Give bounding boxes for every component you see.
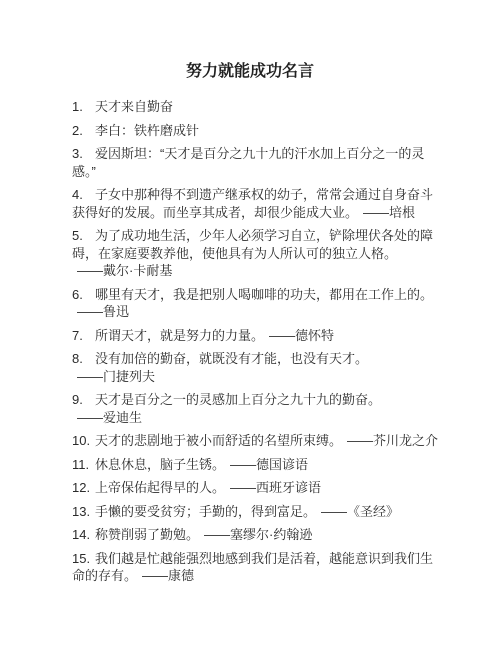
item-number: 12. <box>72 479 95 497</box>
quote-text: 哪里有天才，我是把别人喝咖啡的功夫，都用在工作上的。 <box>95 287 433 302</box>
quote-list: 1.天才来自勤奋 2.李白：铁杵磨成针 3.爱因斯坦：“天才是百分之九十九的汗水… <box>72 98 440 585</box>
quote-text: 天才的悲剧地于被小而舒适的名望所束缚。 <box>95 433 342 448</box>
quote-source: ——德国谚语 <box>230 457 308 472</box>
item-number: 1. <box>72 98 95 116</box>
quote-item: 11.休息休息，脑子生锈。——德国谚语 <box>72 456 440 474</box>
quote-text: 爱因斯坦：“天才是百分之九十九的汗水加上百分之一的灵感。” <box>72 146 424 179</box>
item-number: 15. <box>72 550 95 568</box>
quote-source: ——爱迪生 <box>77 410 142 425</box>
quote-source: ——戴尔·卡耐基 <box>77 263 172 278</box>
quote-item: 10.天才的悲剧地于被小而舒适的名望所束缚。——芥川龙之介 <box>72 432 440 450</box>
item-number: 6. <box>72 286 95 304</box>
item-number: 11. <box>72 456 95 474</box>
item-number: 13. <box>72 503 95 521</box>
item-number: 14. <box>72 526 95 544</box>
item-number: 9. <box>72 391 95 409</box>
quote-item: 13.手懒的要受贫穷；手勤的，得到富足。——《圣经》 <box>72 503 440 521</box>
quote-text: 手懒的要受贫穷；手勤的，得到富足。 <box>95 504 316 519</box>
quote-text: 称赞削弱了勤勉。 <box>95 527 199 542</box>
quote-item: 4.子女中那种得不到遗产继承权的幼子，常常会通过自身奋斗获得好的发展。而坐享其成… <box>72 186 440 221</box>
item-number: 7. <box>72 327 95 345</box>
quote-text: 为了成功地生活，少年人必须学习自立，铲除埋伏各处的障碍，在家庭要教养他，使他具有… <box>72 228 433 261</box>
quote-source: ——塞缪尔·约翰逊 <box>204 527 312 542</box>
quote-item: 12.上帝保佑起得早的人。——西班牙谚语 <box>72 479 440 497</box>
quote-source: ——鲁迅 <box>77 304 129 319</box>
quote-item: 14.称赞削弱了勤勉。——塞缪尔·约翰逊 <box>72 526 440 544</box>
quote-source: ——芥川龙之介 <box>347 433 438 448</box>
item-number: 8. <box>72 350 95 368</box>
quote-source: ——门捷列夫 <box>77 369 155 384</box>
quote-item: 1.天才来自勤奋 <box>72 98 440 116</box>
quote-text: 所谓天才，就是努力的力量。 <box>95 328 264 343</box>
quote-text: 我们越是忙越能强烈地感到我们是活着，越能意识到我们生命的存有。 <box>72 551 433 584</box>
quote-item: 7.所谓天才，就是努力的力量。——德怀特 <box>72 327 440 345</box>
item-number: 3. <box>72 145 95 163</box>
quote-source: ——康德 <box>142 568 194 583</box>
quote-text: 天才来自勤奋 <box>95 99 173 114</box>
item-number: 2. <box>72 122 95 140</box>
page-title: 努力就能成功名言 <box>0 62 500 82</box>
quote-item: 15.我们越是忙越能强烈地感到我们是活着，越能意识到我们生命的存有。——康德 <box>72 550 440 585</box>
quote-text: 李白：铁杵磨成针 <box>95 123 199 138</box>
quote-source: ——德怀特 <box>269 328 334 343</box>
quote-source: ——培根 <box>363 205 415 220</box>
document-page: 努力就能成功名言 1.天才来自勤奋 2.李白：铁杵磨成针 3.爱因斯坦：“天才是… <box>0 0 500 648</box>
quote-item: 8.没有加倍的勤奋，就既没有才能，也没有天才。——门捷列夫 <box>72 350 440 385</box>
quote-source: ——西班牙谚语 <box>230 480 321 495</box>
quote-item: 3.爱因斯坦：“天才是百分之九十九的汗水加上百分之一的灵感。” <box>72 145 440 180</box>
quote-text: 上帝保佑起得早的人。 <box>95 480 225 495</box>
quote-source: ——《圣经》 <box>321 504 399 519</box>
quote-item: 6.哪里有天才，我是把别人喝咖啡的功夫，都用在工作上的。——鲁迅 <box>72 286 440 321</box>
item-number: 4. <box>72 186 95 204</box>
item-number: 5. <box>72 227 95 245</box>
document-content: 努力就能成功名言 1.天才来自勤奋 2.李白：铁杵磨成针 3.爱因斯坦：“天才是… <box>0 0 500 585</box>
quote-text: 休息休息，脑子生锈。 <box>95 457 225 472</box>
quote-item: 9.天才是百分之一的灵感加上百分之九十九的勤奋。——爱迪生 <box>72 391 440 426</box>
quote-item: 5.为了成功地生活，少年人必须学习自立，铲除埋伏各处的障碍，在家庭要教养他，使他… <box>72 227 440 280</box>
quote-text: 没有加倍的勤奋，就既没有才能，也没有天才。 <box>95 351 368 366</box>
item-number: 10. <box>72 432 95 450</box>
quote-item: 2.李白：铁杵磨成针 <box>72 122 440 140</box>
quote-text: 天才是百分之一的灵感加上百分之九十九的勤奋。 <box>95 392 381 407</box>
